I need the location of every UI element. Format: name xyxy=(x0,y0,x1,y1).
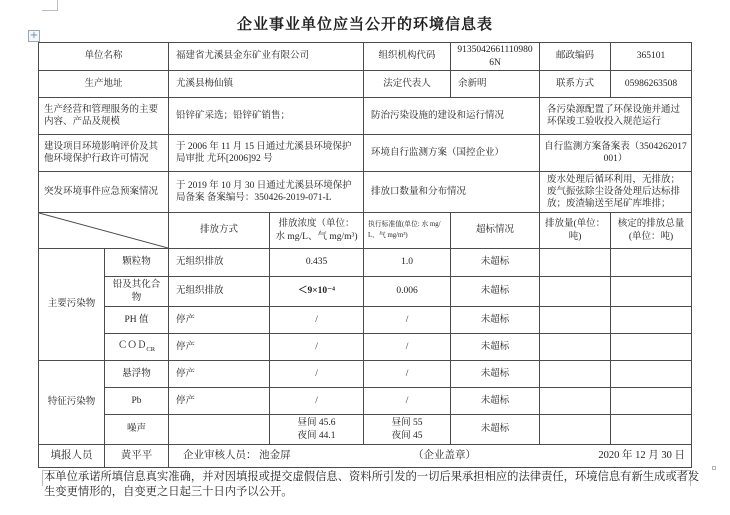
org-code-label: 组织机构代码 xyxy=(364,43,451,71)
header-method: 排放方式 xyxy=(169,213,270,249)
pollutant-amount xyxy=(540,361,611,388)
pollutant-row-cod: ＣＯＤCR 停产 / / 未超标 xyxy=(39,334,692,361)
pollutant-row-ph: PH 值 停产 / / 未超标 xyxy=(39,307,692,334)
eia-value: 于 2006 年 11 月 15 日通过尤溪县环境保护局审批 尤环[2006]9… xyxy=(169,135,364,172)
noise-day-standard: 昼间 55 xyxy=(368,417,446,429)
commitment-note-line2: 生变更情形的，自变更之日起三十日内予以公开。 xyxy=(44,485,714,500)
comment-anchor-mark xyxy=(712,466,716,470)
pollutant-amount xyxy=(540,415,611,445)
document-page: + 企业事业单位应当公开的环境信息表 单位名称 福建省尤溪县金东矿业有限公司 组… xyxy=(0,0,730,515)
group-main-pollutants: 主要污染物 xyxy=(39,249,105,361)
cod-main: ＣＯＤ xyxy=(118,341,147,351)
address-value: 尤溪县梅仙镇 xyxy=(169,71,364,98)
group-characteristic-pollutants: 特征污染物 xyxy=(39,361,105,445)
pollutant-row-pb: Pb 停产 / / 未超标 xyxy=(39,388,692,415)
table-row: 生产经营和管理服务的主要内容、产品及规模 铅锌矿采选；铅锌矿销售； 防治污染设施… xyxy=(39,98,692,135)
contact-value: 05986263508 xyxy=(611,71,692,98)
table-row: 突发环境事件应急预案情况 于 2019 年 10 月 30 日通过尤溪县环境保护… xyxy=(39,172,692,213)
pollutant-approved xyxy=(611,277,692,307)
noise-night-value: 夜间 44.1 xyxy=(274,430,359,442)
postal-value: 365101 xyxy=(611,43,692,71)
pollutant-amount xyxy=(540,334,611,361)
auditor-text: 企业审核人员： 池金屏 xyxy=(183,449,291,462)
outlets-value: 废水处理后循环利用，无排放；废气振弦除尘设备处理后达标排放；废渣输送至尾矿库堆排… xyxy=(540,172,692,213)
emergency-value: 于 2019 年 10 月 30 日通过尤溪县环境保护局备案 备案编号：3504… xyxy=(169,172,364,213)
report-date: 2020 年 12 月 30 日 xyxy=(598,449,685,462)
diagonal-line xyxy=(39,213,168,248)
eia-label: 建设项目环境影响评价及其他环境保护行政许可情况 xyxy=(39,135,169,172)
header-amount: 排放量(单位：吨) xyxy=(540,213,611,249)
pollutant-row-noise: 噪声 昼间 45.6 夜间 44.1 昼间 55 夜间 45 未超标 xyxy=(39,415,692,445)
pollutant-approved xyxy=(611,361,692,388)
pollutant-method xyxy=(169,415,270,445)
pollutant-exceed: 未超标 xyxy=(451,388,540,415)
pollutant-method: 停产 xyxy=(169,361,270,388)
pollutant-exceed: 未超标 xyxy=(451,307,540,334)
pollutant-concentration: ＜9×10⁻⁴ xyxy=(270,277,364,307)
pollutant-amount xyxy=(540,307,611,334)
facility-label: 防治污染设施的建设和运行情况 xyxy=(364,98,540,135)
pollutant-concentration: 0.435 xyxy=(270,249,364,277)
table-row: 单位名称 福建省尤溪县金东矿业有限公司 组织机构代码 9135042661110… xyxy=(39,43,692,71)
cod-subscript: CR xyxy=(146,346,155,353)
pollutant-standard: 0.006 xyxy=(364,277,451,307)
pollutant-method: 无组织排放 xyxy=(169,277,270,307)
table-row: 生产地址 尤溪县梅仙镇 法定代表人 余新明 联系方式 05986263508 xyxy=(39,71,692,98)
pollutant-exceed: 未超标 xyxy=(451,415,540,445)
filler-label: 填报人员 xyxy=(39,445,105,468)
pollutant-method: 无组织排放 xyxy=(169,249,270,277)
commitment-note: 本单位承诺所填信息真实准确，并对因填报或提交虚假信息、资料所引发的一切后果承担相… xyxy=(44,470,714,500)
commitment-note-line1: 本单位承诺所填信息真实准确，并对因填报或提交虚假信息、资料所引发的一切后果承担相… xyxy=(44,470,714,485)
pollutant-standard: / xyxy=(364,307,451,334)
pollutant-standard: / xyxy=(364,388,451,415)
business-value: 铅锌矿采选；铅锌矿销售； xyxy=(169,98,364,135)
pollutant-name: 铅及其化合物 xyxy=(105,277,169,307)
monitoring-label: 环境自行监测方案（国控企业） xyxy=(364,135,540,172)
pollutant-row-particulate: 主要污染物 颗粒物 无组织排放 0.435 1.0 未超标 xyxy=(39,249,692,277)
facility-value: 各污染源配置了环保设施并通过环保竣工验收投入规范运行 xyxy=(540,98,692,135)
noise-night-standard: 夜间 45 xyxy=(368,430,446,442)
noise-day-value: 昼间 45.6 xyxy=(274,417,359,429)
contact-label: 联系方式 xyxy=(540,71,611,98)
pollutant-name: 悬浮物 xyxy=(105,361,169,388)
diagonal-header-cell xyxy=(39,213,169,249)
postal-label: 邮政编码 xyxy=(540,43,611,71)
pollutant-name: PH 值 xyxy=(105,307,169,334)
pollutant-concentration: / xyxy=(270,361,364,388)
pollutant-method: 停产 xyxy=(169,334,270,361)
legal-rep-label: 法定代表人 xyxy=(364,71,451,98)
pollutant-standard: / xyxy=(364,361,451,388)
pollutant-approved xyxy=(611,249,692,277)
pollutant-name: ＣＯＤCR xyxy=(105,334,169,361)
filler-detail-cell: 企业审核人员： 池金屏 （企业盖章） 2020 年 12 月 30 日 xyxy=(169,445,692,468)
pollutant-amount xyxy=(540,249,611,277)
pollutant-standard: / xyxy=(364,334,451,361)
environment-info-table: 单位名称 福建省尤溪县金东矿业有限公司 组织机构代码 9135042661110… xyxy=(38,42,692,468)
business-label: 生产经营和管理服务的主要内容、产品及规模 xyxy=(39,98,169,135)
pollutant-standard: 昼间 55 夜间 45 xyxy=(364,415,451,445)
pollutant-approved xyxy=(611,334,692,361)
emission-header-row: 排放方式 排放浓度（单位：水 mg/L、气 mg/m³) 执行标准值(单位: 水… xyxy=(39,213,692,249)
pollutant-name: 噪声 xyxy=(105,415,169,445)
page-title: 企业事业单位应当公开的环境信息表 xyxy=(0,13,730,34)
pollutant-concentration: / xyxy=(270,388,364,415)
pollutant-name: Pb xyxy=(105,388,169,415)
table-row: 建设项目环境影响评价及其他环境保护行政许可情况 于 2006 年 11 月 15… xyxy=(39,135,692,172)
header-concentration: 排放浓度（单位：水 mg/L、气 mg/m³) xyxy=(270,213,364,249)
page-margin-mark-top-left xyxy=(42,0,58,11)
pollutant-concentration: / xyxy=(270,334,364,361)
pollutant-method: 停产 xyxy=(169,388,270,415)
pollutant-approved xyxy=(611,388,692,415)
company-seal-placeholder: （企业盖章） xyxy=(413,449,476,462)
pollutant-row-suspended: 特征污染物 悬浮物 停产 / / 未超标 xyxy=(39,361,692,388)
pollutant-exceed: 未超标 xyxy=(451,249,540,277)
pollutant-concentration: / xyxy=(270,307,364,334)
monitoring-value: 自行监测方案备案表（3504262017001） xyxy=(540,135,692,172)
pollutant-amount xyxy=(540,388,611,415)
address-label: 生产地址 xyxy=(39,71,169,98)
header-approved: 核定的排放总量(单位：吨) xyxy=(611,213,692,249)
filler-name: 黄平平 xyxy=(105,445,169,468)
pollutant-standard: 1.0 xyxy=(364,249,451,277)
filler-row: 填报人员 黄平平 企业审核人员： 池金屏 （企业盖章） 2020 年 12 月 … xyxy=(39,445,692,468)
pollutant-approved xyxy=(611,415,692,445)
unit-name-value: 福建省尤溪县金东矿业有限公司 xyxy=(169,43,364,71)
pollutant-row-lead: 铅及其化合物 无组织排放 ＜9×10⁻⁴ 0.006 未超标 xyxy=(39,277,692,307)
org-code-value: 91350426611109806N xyxy=(451,43,540,71)
header-exceed: 超标情况 xyxy=(451,213,540,249)
pollutant-exceed: 未超标 xyxy=(451,361,540,388)
pollutant-amount xyxy=(540,277,611,307)
pollutant-name: 颗粒物 xyxy=(105,249,169,277)
emergency-label: 突发环境事件应急预案情况 xyxy=(39,172,169,213)
unit-name-label: 单位名称 xyxy=(39,43,169,71)
pollutant-approved xyxy=(611,307,692,334)
legal-rep-value: 余新明 xyxy=(451,71,540,98)
pollutant-method: 停产 xyxy=(169,307,270,334)
pollutant-exceed: 未超标 xyxy=(451,277,540,307)
pollutant-exceed: 未超标 xyxy=(451,334,540,361)
outlets-label: 排放口数量和分布情况 xyxy=(364,172,540,213)
header-standard: 执行标准值(单位: 水 mg/L、气 mg/m³) xyxy=(364,213,451,249)
pollutant-concentration: 昼间 45.6 夜间 44.1 xyxy=(270,415,364,445)
